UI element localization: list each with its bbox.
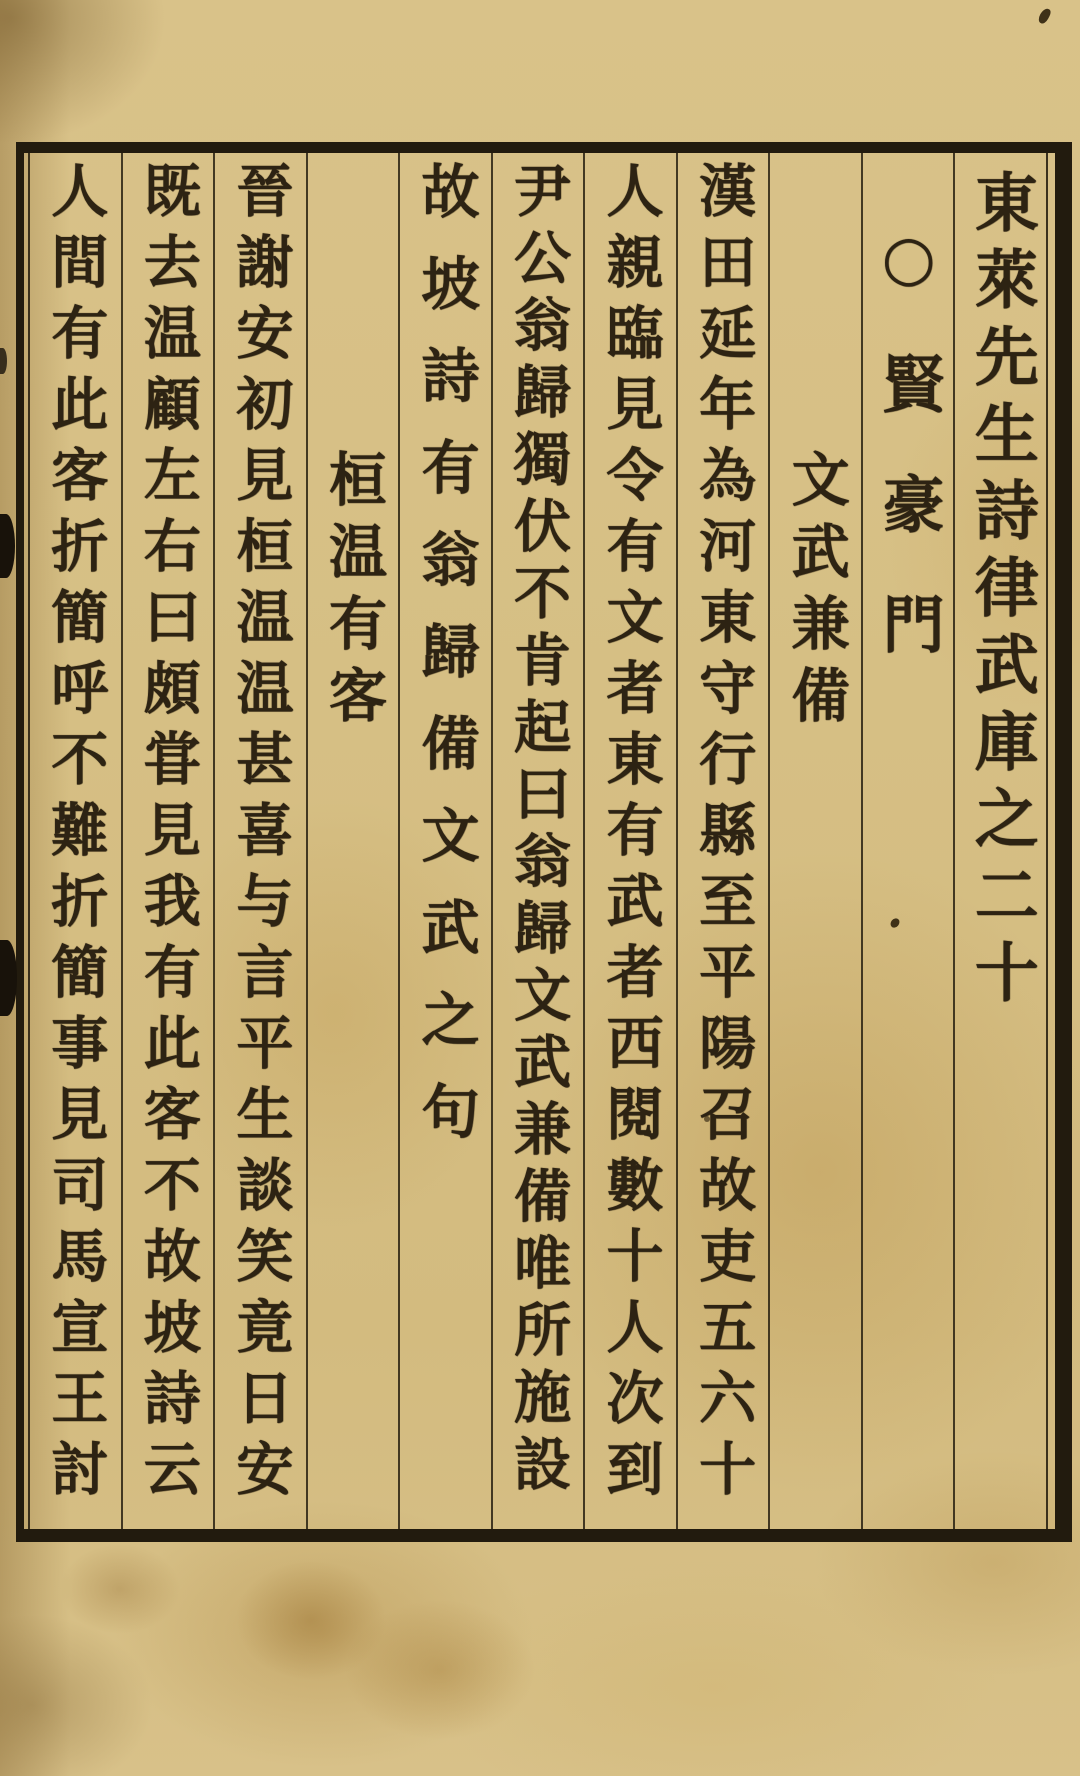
column-body-1: 漢田延年為河東守行縣至平陽召故吏五六十 [676,153,769,1529]
column-body-6: 既去温顧左右曰頗甞見我有此客不故坡詩云 [121,153,214,1529]
body-line-1: 漢田延年為河東守行縣至平陽召故吏五六十 [695,153,752,1529]
entry-title-2-text: 桓温有客 [324,153,382,1529]
column-body-5: 晉謝安初見桓温温甚喜与言平生談笑竟日安 [213,153,306,1529]
paper-stain [60,1544,180,1634]
text-columns: 東萊先生詩律武庫之二十 ○賢豪門 文武兼備 漢田延年為河東守行縣至平陽召故吏五六… [28,153,1048,1529]
body-line-5: 晉謝安初見桓温温甚喜与言平生談笑竟日安 [232,153,289,1529]
ink-speck [704,1116,710,1122]
entry-title-1-text: 文武兼備 [787,153,845,1529]
column-body-4: 故坡詩有翁歸備文武之句 [398,153,491,1529]
body-line-4: 故坡詩有翁歸備文武之句 [416,153,474,1529]
binding-ink-smudge [0,348,7,374]
body-line-7: 人間有此客折簡呼不難折簡事見司馬宣王討 [47,153,104,1529]
column-entry-title-2: 桓温有客 [306,153,399,1529]
section-heading-text: ○賢豪門 [877,153,939,1529]
column-body-7: 人間有此客折簡呼不難折簡事見司馬宣王討 [30,153,121,1529]
column-entry-title-1: 文武兼備 [768,153,861,1529]
column-body-3: 尹公翁歸獨伏不肯起曰翁歸文武兼備唯所施設 [491,153,584,1529]
paper-stain [236,1560,386,1680]
column-body-2: 人親臨見令有文者東有武者西閱數十人次到 [583,153,676,1529]
binding-ink-smudge [0,514,15,578]
body-line-2: 人親臨見令有文者東有武者西閱數十人次到 [602,153,659,1529]
binding-ink-smudge [0,940,17,1016]
paper-page: 東萊先生詩律武庫之二十 ○賢豪門 文武兼備 漢田延年為河東守行縣至平陽召故吏五六… [0,0,1080,1776]
body-line-6: 既去温顧左右曰頗甞見我有此客不故坡詩云 [139,153,196,1529]
column-book-title: 東萊先生詩律武庫之二十 [953,153,1046,1529]
ink-speck [1037,7,1052,25]
column-section-heading: ○賢豪門 [861,153,954,1529]
body-line-3: 尹公翁歸獨伏不肯起曰翁歸文武兼備唯所施設 [509,153,566,1529]
paper-stain [345,1600,535,1740]
book-title-text: 東萊先生詩律武庫之二十 [969,153,1033,1529]
page-frame: 東萊先生詩律武庫之二十 ○賢豪門 文武兼備 漢田延年為河東守行縣至平陽召故吏五六… [16,142,1072,1542]
